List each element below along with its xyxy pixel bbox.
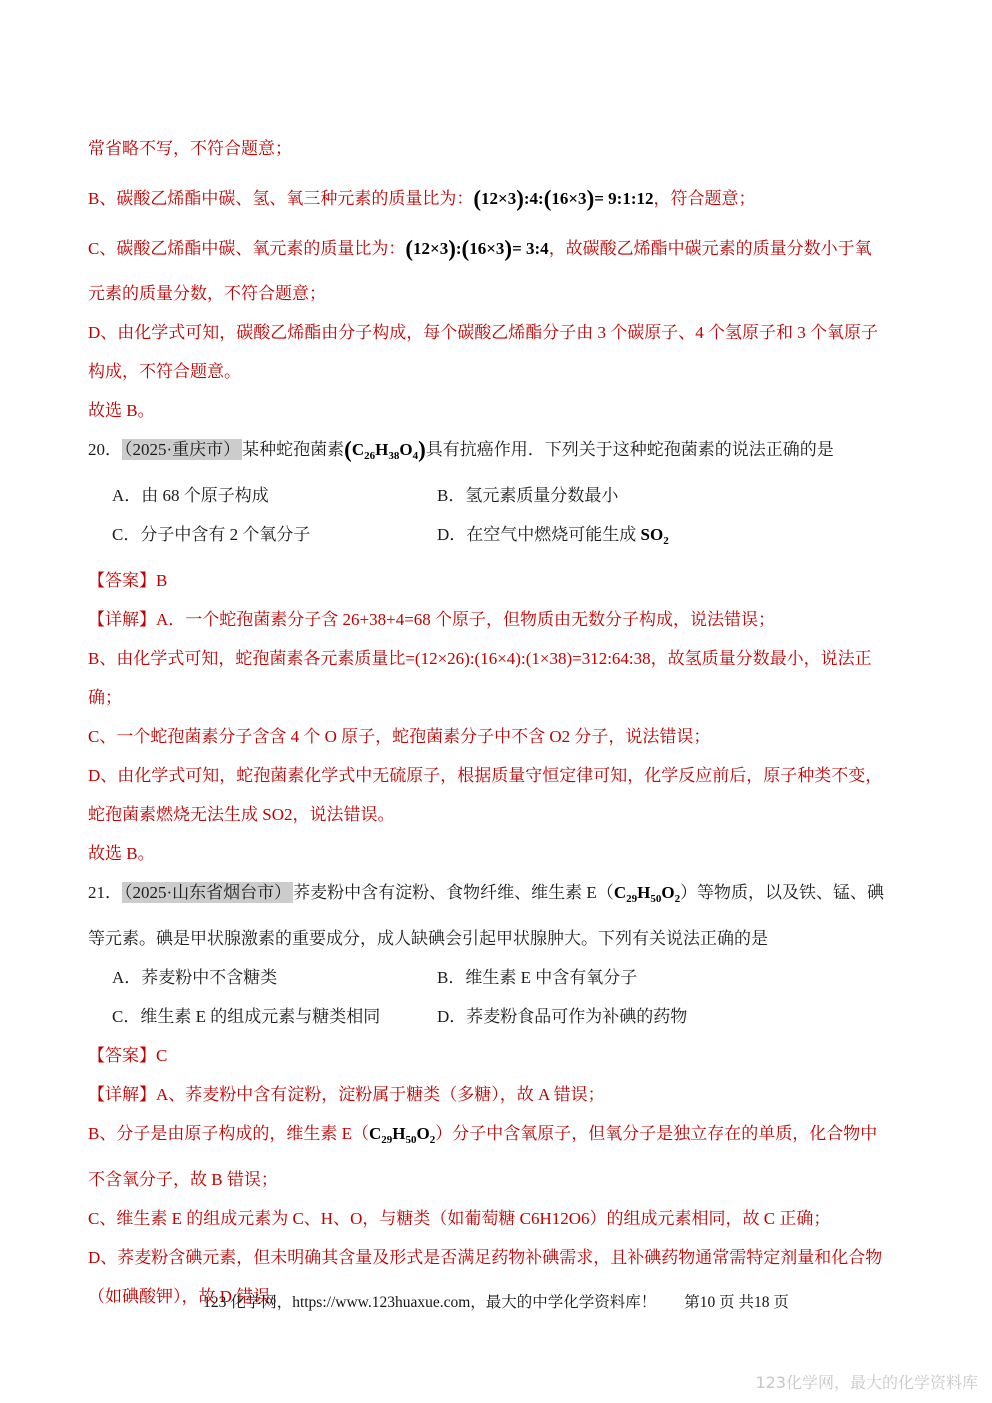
formula-segment: 16×3 [551,189,586,208]
text-segment: D、由化学式可知，蛇孢菌素化学式中无硫原子，根据质量守恒定律可知，化学反应前后，… [88,766,882,785]
text-segment: B、分子是由原子构成的，维生素 E（ [88,1124,369,1143]
explanation-line: 构成，不符合题意。 [88,352,912,391]
text-segment: 不含氧分子，故 B 错误； [88,1170,278,1189]
option-cell: C．维生素 E 的组成元素与糖类相同 [112,997,437,1036]
option-cell: C．分子中含有 2 个氧分子 [112,515,437,554]
text-segment: C、一个蛇孢菌素分子含含 4 个 O 原子，蛇孢菌素分子中不含 O2 分子，说法… [88,727,710,746]
text-segment: C、维生素 E 的组成元素为 C、H、O，与糖类（如葡萄糖 C6H12O6）的组… [88,1209,830,1228]
answer-20: 【答案】B [88,561,912,600]
explanation-line: B、由化学式可知，蛇孢菌素各元素质量比=(12×26):(16×4):(1×38… [88,639,912,678]
chem-formula-segment: O [399,440,412,459]
text-segment: 元素的质量分数，不符合题意； [88,284,326,303]
text-segment: B、由化学式可知，蛇孢菌素各元素质量比=(12×26):(16×4):(1×38… [88,649,872,668]
explanation-line: 【详解】A、荞麦粉中含有淀粉，淀粉属于糖类（多糖），故 A 错误； [88,1075,912,1114]
text-segment: C、碳酸乙烯酯中碳、氧元素的质量比为： [88,239,405,258]
text-segment: 【详解】A、荞麦粉中含有淀粉，淀粉属于糖类（多糖），故 A 错误； [88,1085,605,1104]
chem-subscript: 38 [388,450,399,462]
source-tag: （2025·山东省烟台市） [122,882,293,903]
option-d: D．在空气中燃烧可能生成 [437,525,641,544]
text-segment: B、碳酸乙烯酯中碳、氢、氧三种元素的质量比为： [88,189,473,208]
explanation-line: B、分子是由原子构成的，维生素 E（C29H50O2）分子中含氧原子，但氧分子是… [88,1114,912,1160]
question-21-options-row: A．荞麦粉中不含糖类B．维生素 E 中含有氧分子 [88,958,912,997]
formula-segment: 12×3 [413,239,448,258]
option-cell: A．荞麦粉中不含糖类 [112,958,437,997]
explanation-line: C、维生素 E 的组成元素为 C、H、O，与糖类（如葡萄糖 C6H12O6）的组… [88,1199,912,1238]
explanation-line: C、碳酸乙烯酯中碳、氧元素的质量比为：(12×3):(16×3)= 3:4，故碳… [88,224,912,274]
text-segment: 常省略不写，不符合题意； [88,139,292,158]
text-segment: 等元素。碘是甲状腺激素的重要成分，成人缺碘会引起甲状腺肿大。下列有关说法正确的是 [88,929,768,948]
chem-formula-segment: H [375,440,388,459]
explanation-line: 【详解】A．一个蛇孢菌素分子含 26+38+4=68 个原子，但物质由无数分子构… [88,600,912,639]
explanation-line: C、一个蛇孢菌素分子含含 4 个 O 原子，蛇孢菌素分子中不含 O2 分子，说法… [88,717,912,756]
text-segment: 故选 B。 [88,401,155,420]
text-segment: ，故碳酸乙烯酯中碳元素的质量分数小于氧 [549,239,872,258]
explanation-line: D、由化学式可知，碳酸乙烯酯由分子构成，每个碳酸乙烯酯分子由 3 个碳原子、4 … [88,313,912,352]
question-20-header: 20．（2025·重庆市）某种蛇孢菌素(C26H38O4)具有抗癌作用．下列关于… [88,430,912,476]
option-cell: D．荞麦粉食品可作为补碘的药物 [437,997,687,1036]
answer-21: 【答案】C [88,1036,912,1075]
text-segment: ）分子中含氧原子，但氧分子是独立存在的单质，化合物中 [435,1124,877,1143]
formula-paren: ( [473,186,481,211]
explanation-line: D、由化学式可知，蛇孢菌素化学式中无硫原子，根据质量守恒定律可知，化学反应前后，… [88,756,912,795]
text-segment: 构成，不符合题意。 [88,362,241,381]
formula-segment: 16×3 [469,239,504,258]
formula-segment: = 3:4 [512,239,549,258]
chem-subscript: 50 [406,1134,417,1146]
option-a: A．由 68 个原子构成 [112,486,269,505]
chem-formula-segment: C [614,883,626,902]
watermark-text: 123化学网，最大的化学资料库 [755,1370,978,1393]
explanation-line: 元素的质量分数，不符合题意； [88,274,912,313]
chem-formula-segment: C [369,1124,381,1143]
option-d: D．荞麦粉食品可作为补碘的药物 [437,1007,687,1026]
source-tag: （2025·重庆市） [122,439,242,460]
explanation-line: 常省略不写，不符合题意； [88,124,912,174]
option-a: A．荞麦粉中不含糖类 [112,968,277,987]
footer-page-number: 第10 页 共18 页 [684,1294,789,1311]
question-21-stem: 等元素。碘是甲状腺激素的重要成分，成人缺碘会引起甲状腺肿大。下列有关说法正确的是 [88,919,912,958]
chem-subscript: 26 [364,450,375,462]
text-segment: D、由化学式可知，碳酸乙烯酯由分子构成，每个碳酸乙烯酯分子由 3 个碳原子、4 … [88,323,878,342]
chem-subscript: 29 [381,1134,392,1146]
formula-paren: ( [344,437,352,462]
text-segment: 故选 B。 [88,844,155,863]
footer-site-info: 123 化学网，https://www.123huaxue.com，最大的中学化… [203,1294,656,1311]
question-number: 21． [88,883,122,902]
chem-subscript: 29 [626,893,637,905]
question-20-options-row: C．分子中含有 2 个氧分子D．在空气中燃烧可能生成 SO2 [88,515,912,561]
document-page: 常省略不写，不符合题意；B、碳酸乙烯酯中碳、氢、氧三种元素的质量比为：(12×3… [0,0,992,1403]
chem-formula-segment: H [637,883,650,902]
option-cell: A．由 68 个原子构成 [112,476,437,515]
formula-paren: ) [418,437,426,462]
text-segment: 蛇孢菌素燃烧无法生成 SO2，说法错误。 [88,805,394,824]
formula-paren: ) [448,236,456,261]
formula-paren: ) [504,236,512,261]
explanation-line: B、碳酸乙烯酯中碳、氢、氧三种元素的质量比为：(12×3):4:(16×3)= … [88,174,912,224]
answer-badge: 【答案】C [88,1046,167,1065]
chem-subscript: 2 [663,535,669,547]
option-c: C．维生素 E 的组成元素与糖类相同 [112,1007,380,1026]
text-segment: 确； [88,688,122,707]
text-segment: 荞麦粉中含有淀粉、食物纤维、维生素 E（ [293,883,614,902]
answer-conclusion: 故选 B。 [88,834,912,873]
question-21-header: 21．（2025·山东省烟台市）荞麦粉中含有淀粉、食物纤维、维生素 E（C29H… [88,873,912,919]
text-segment: ）等物质，以及铁、锰、碘 [680,883,884,902]
option-b: B．维生素 E 中含有氧分子 [437,968,637,987]
formula-paren: ) [516,186,524,211]
chem-formula-segment: C [352,440,364,459]
question-number: 20． [88,440,122,459]
answer-conclusion: 故选 B。 [88,391,912,430]
chem-formula-segment: SO [641,525,664,544]
text-segment: ，符合题意； [654,189,756,208]
explanation-line: 蛇孢菌素燃烧无法生成 SO2，说法错误。 [88,795,912,834]
chem-formula-segment: O [661,883,674,902]
option-c: C．分子中含有 2 个氧分子 [112,525,310,544]
chem-formula-segment: H [392,1124,405,1143]
explanation-line: 确； [88,678,912,717]
formula-segment: = 9:1:12 [594,189,653,208]
formula-segment: 12×3 [481,189,516,208]
text-segment: 【详解】A．一个蛇孢菌素分子含 26+38+4=68 个原子，但物质由无数分子构… [88,610,775,629]
document-body: 常省略不写，不符合题意；B、碳酸乙烯酯中碳、氢、氧三种元素的质量比为：(12×3… [88,124,912,1316]
page-footer: 123 化学网，https://www.123huaxue.com，最大的中学化… [0,1290,992,1312]
text-segment: 具有抗癌作用．下列关于这种蛇孢菌素的说法正确的是 [426,440,834,459]
formula-segment: :4: [524,189,544,208]
text-segment: 某种蛇孢菌素 [242,440,344,459]
answer-badge: 【答案】B [88,571,167,590]
text-segment: D、荞麦粉含碘元素，但未明确其含量及形式是否满足药物补碘需求，且补碘药物通常需特… [88,1248,882,1267]
option-cell: B．维生素 E 中含有氧分子 [437,958,637,997]
explanation-line: D、荞麦粉含碘元素，但未明确其含量及形式是否满足药物补碘需求，且补碘药物通常需特… [88,1238,912,1277]
formula-paren: ( [405,236,413,261]
chem-subscript: 50 [650,893,661,905]
option-cell: B．氢元素质量分数最小 [437,476,618,515]
question-21-options-row: C．维生素 E 的组成元素与糖类相同D．荞麦粉食品可作为补碘的药物 [88,997,912,1036]
option-b: B．氢元素质量分数最小 [437,486,618,505]
option-cell: D．在空气中燃烧可能生成 SO2 [437,515,669,561]
question-20-options-row: A．由 68 个原子构成B．氢元素质量分数最小 [88,476,912,515]
explanation-line: 不含氧分子，故 B 错误； [88,1160,912,1199]
chem-formula-segment: O [417,1124,430,1143]
